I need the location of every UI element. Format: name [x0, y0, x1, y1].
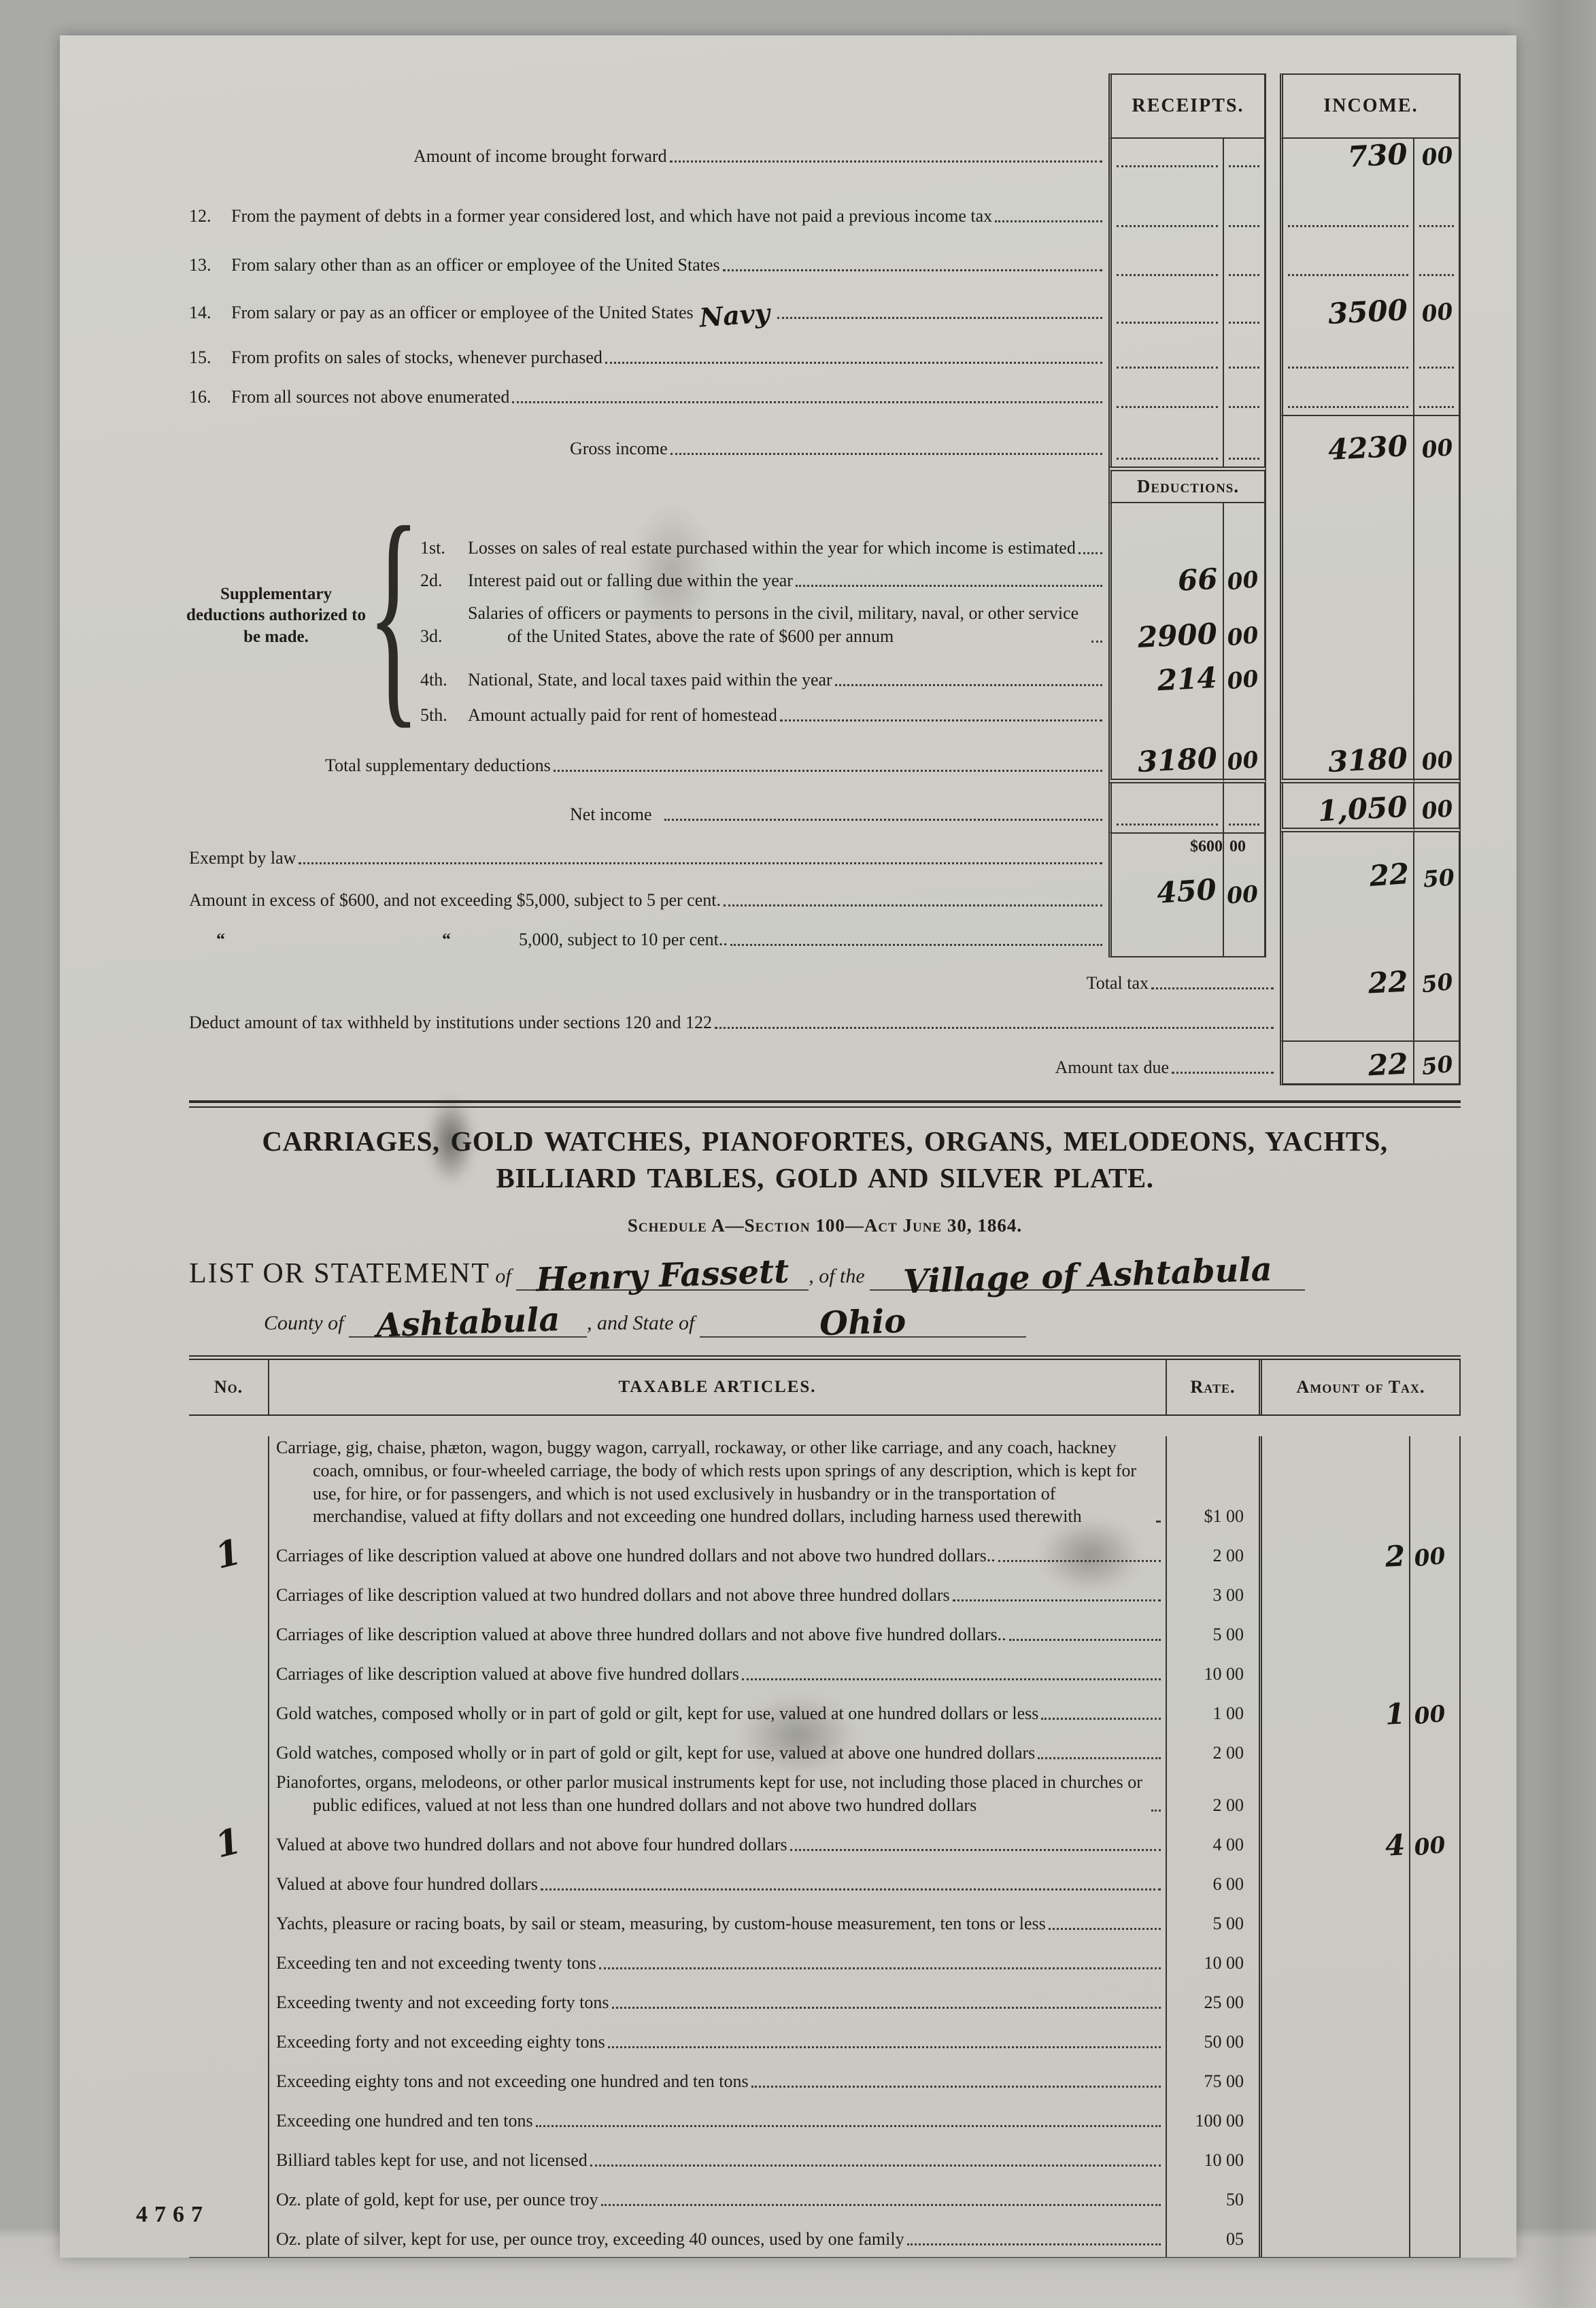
dotted-leader: [730, 943, 1102, 946]
handwritten-cents: 50: [1423, 866, 1455, 890]
row-label: Gross income: [189, 415, 1108, 466]
item-number: 3d.: [420, 625, 468, 648]
dotted-leader: [1229, 320, 1259, 324]
dotted-leader: [777, 316, 1102, 319]
receipts-dollars-cell: [1108, 783, 1224, 832]
row-text: From salary or pay as an officer or empl…: [231, 301, 694, 324]
row-text: Deduct amount of tax withheld by institu…: [189, 1011, 712, 1034]
statement-prefix: LIST OR STATEMENT: [189, 1258, 490, 1289]
column-header-row: RECEIPTS. INCOME.: [189, 73, 1461, 139]
spacer: [1266, 654, 1280, 698]
item-number: 16.: [189, 386, 231, 409]
row-label: 12. From the payment of debts in a forme…: [189, 174, 1108, 234]
article-text: Gold watches, composed wholly or in part…: [276, 1742, 1035, 1765]
amount-cents-cell: [1410, 2099, 1461, 2139]
ditto-marks: “ “: [189, 928, 478, 951]
article-cell: Carriage, gig, chaise, phæton, wagon, bu…: [269, 1436, 1166, 1534]
amount-dollars-cell: [1262, 1981, 1410, 2020]
income-dollars-cell: 730: [1280, 139, 1414, 174]
income-dollars-cell: [1280, 566, 1414, 598]
handwritten-note: Navy: [698, 300, 770, 330]
handwritten-cents: 00: [1226, 568, 1259, 594]
dotted-leader: [1419, 365, 1454, 369]
row-text: National, State, and local taxes paid wi…: [468, 668, 832, 692]
income-cents-cell: [1414, 330, 1461, 375]
rate-cell: 2 00: [1166, 1771, 1262, 1823]
county-field: Ashtabula: [349, 1302, 587, 1338]
income-form: RECEIPTS. INCOME. Amount of income broug…: [189, 73, 1461, 1085]
article-cell: Oz. plate of silver, kept for use, per o…: [269, 2218, 1166, 2257]
handwritten-amount: 1: [1385, 1699, 1406, 1729]
article-text: Pianofortes, organs, melodeons, or other…: [276, 1771, 1149, 1817]
amount-dollars-cell: [1262, 1771, 1410, 1823]
dotted-leader: [907, 2242, 1161, 2245]
income-cents-cell: [1414, 698, 1461, 733]
count-cell: [189, 1692, 269, 1731]
count-cell: [189, 1941, 269, 1981]
table-row: Billiard tables kept for use, and not li…: [189, 2139, 1461, 2178]
rate-cell: 10 00: [1166, 1941, 1262, 1981]
row-label: 13. From salary other than as an officer…: [189, 234, 1108, 283]
dotted-leader: [1288, 224, 1408, 227]
article-cell: Exceeding eighty tons and not exceeding …: [269, 2060, 1166, 2099]
amount-dollars-cell: [1262, 2139, 1410, 2178]
count-cell: 1: [189, 1823, 269, 1863]
state-field: Ohio: [700, 1302, 1026, 1338]
amount-dollars-cell: 2: [1262, 1534, 1410, 1574]
amount-cents-cell: [1410, 1436, 1461, 1534]
handwritten-amount: 450: [1156, 875, 1217, 908]
dotted-leader: [1229, 273, 1259, 276]
amount-dollars-cell: [1262, 2060, 1410, 2099]
handwritten-cents: 00: [1226, 624, 1259, 649]
count-cell: [189, 1574, 269, 1613]
income-dollars-cell: [1280, 698, 1414, 733]
article-text: Exceeding one hundred and ten tons: [276, 2109, 533, 2133]
dotted-leader: [541, 1887, 1161, 1890]
handwritten-county: Ashtabula: [375, 1303, 560, 1342]
dotted-leader: [780, 718, 1102, 722]
handwritten-cents: 00: [1226, 748, 1259, 774]
row-text: From salary other than as an officer or …: [231, 254, 720, 277]
income-dollars-cell: [1280, 654, 1414, 698]
dotted-leader: [1079, 551, 1102, 554]
table-row: Oz. plate of gold, kept for use, per oun…: [189, 2178, 1461, 2218]
receipts-cents-cell: 00: [1224, 598, 1266, 654]
count-cell: [189, 1613, 269, 1652]
income-dollars-cell: [1280, 375, 1414, 415]
supplementary-deductions-block: Supplementary deductions authorized to b…: [189, 503, 1461, 733]
spacer: [1266, 73, 1280, 139]
scanned-tax-form-1864: { "scan": { "footer_number": "4767" }, "…: [0, 0, 1596, 2308]
income-cents-cell: 00: [1414, 733, 1461, 783]
amount-dollars-cell: [1262, 2178, 1410, 2218]
rate-cell: $1 00: [1166, 1436, 1262, 1534]
amount-dollars-cell: [1262, 1652, 1410, 1692]
spacer: [1266, 174, 1280, 234]
income-dollars-cell: 22: [1280, 957, 1414, 1001]
row-label: Net income: [189, 783, 1108, 832]
page-number: 4767: [136, 2202, 209, 2228]
amount-cents-cell: [1410, 2139, 1461, 2178]
income-cents-cell: 50: [1414, 957, 1461, 1001]
article-text: Gold watches, composed wholly or in part…: [276, 1702, 1038, 1725]
deductions-header: Deductions.: [1108, 466, 1266, 503]
taxable-articles-table: No. TAXABLE ARTICLES. Rate. Amount of Ta…: [189, 1355, 1461, 2258]
amount-cents-cell: [1410, 1941, 1461, 1981]
income-cents-cell: 00: [1414, 139, 1461, 174]
income-cents-cell: [1414, 598, 1461, 654]
row-14: 14. From salary or pay as an officer or …: [189, 283, 1461, 330]
income-cents-cell: [1414, 1001, 1461, 1040]
receipts-cents-cell: [1224, 174, 1266, 234]
receipts-cents-cell: 00: [1224, 654, 1266, 698]
amount-dollars-cell: [1262, 1863, 1410, 1902]
item-number: 15.: [189, 346, 231, 369]
dotted-leader: [1288, 273, 1408, 276]
row-13: 13. From salary other than as an officer…: [189, 234, 1461, 283]
spacer: [1266, 733, 1280, 783]
count-cell: [189, 1436, 269, 1534]
spacer: [1266, 283, 1280, 330]
dotted-leader: [1038, 1756, 1161, 1759]
handwritten-amount: 66: [1176, 564, 1218, 595]
receipts-dollars-cell: 3180: [1108, 733, 1224, 783]
income-dollars-cell: [1280, 174, 1414, 234]
handwritten-amount: 3180: [1137, 744, 1218, 777]
receipts-cents-cell: [1224, 503, 1266, 566]
article-text: Exceeding forty and not exceeding eighty…: [276, 2031, 605, 2054]
receipts-dollars-cell: [1108, 503, 1224, 566]
rate-column-header: Rate.: [1166, 1360, 1262, 1414]
income-cents-cell: [1414, 375, 1461, 415]
printed-exempt-cents: 00: [1229, 836, 1246, 858]
row-label: 4th. National, State, and local taxes pa…: [189, 654, 1108, 698]
row-text: Total tax: [1087, 972, 1149, 995]
handwritten-cents: 00: [1413, 1544, 1446, 1570]
article-cell: Carriages of like description valued at …: [269, 1652, 1166, 1692]
row-label: 5th. Amount actually paid for rent of ho…: [189, 698, 1108, 733]
dotted-leader: [715, 1025, 1274, 1029]
receipts-dollars-cell: [1108, 283, 1224, 330]
handwritten-amount: 22: [1367, 1049, 1408, 1080]
amount-cents-cell: [1410, 1902, 1461, 1941]
article-text: Carriage, gig, chaise, phæton, wagon, bu…: [276, 1436, 1153, 1528]
dotted-leader: [1117, 822, 1218, 826]
dotted-leader: [1091, 639, 1102, 643]
receipts-cents-cell: [1224, 375, 1266, 415]
income-cents-cell: 00: [1414, 283, 1461, 330]
table-header-row: No. TAXABLE ARTICLES. Rate. Amount of Ta…: [189, 1355, 1461, 1416]
article-text: Yachts, pleasure or racing boats, by sai…: [276, 1912, 1046, 1935]
article-text: Carriages of like description valued at …: [276, 1663, 739, 1686]
table-row: Exceeding twenty and not exceeding forty…: [189, 1981, 1461, 2020]
spacer: [1266, 598, 1280, 654]
table-row: Exceeding one hundred and ten tons 100 0…: [189, 2099, 1461, 2139]
rate-cell: 6 00: [1166, 1863, 1262, 1902]
income-column-header: INCOME.: [1280, 73, 1461, 139]
income-cents-cell: [1414, 918, 1461, 957]
row-brought-forward: Amount of income brought forward 730 00: [189, 139, 1461, 174]
article-text: Valued at above two hundred dollars and …: [276, 1833, 787, 1856]
rate-cell: 4 00: [1166, 1823, 1262, 1863]
spacer: [1266, 832, 1280, 876]
income-cents-cell: [1414, 566, 1461, 598]
schedule-subtitle: Schedule A—Section 100—Act June 30, 1864…: [189, 1214, 1461, 1238]
dotted-leader: [1041, 1716, 1161, 1720]
amount-cents-cell: [1410, 2020, 1461, 2060]
amount-dollars-cell: 4: [1262, 1823, 1410, 1863]
receipts-dollars-cell: $600: [1108, 832, 1224, 876]
dotted-leader: [1117, 273, 1218, 276]
row-label: 14. From salary or pay as an officer or …: [189, 283, 1108, 330]
row-label: Amount in excess of $600, and not exceed…: [189, 876, 1108, 918]
count-cell: [189, 1731, 269, 1771]
dotted-leader: [1009, 1637, 1161, 1641]
dotted-leader: [512, 400, 1102, 403]
count-cell: [189, 1863, 269, 1902]
amount-cents-cell: [1410, 1863, 1461, 1902]
income-dollars-cell: 1,050: [1280, 783, 1414, 832]
handwritten-amount: 4230: [1327, 432, 1408, 464]
income-cents-cell: [1414, 174, 1461, 234]
row-label: 15. From profits on sales of stocks, whe…: [189, 330, 1108, 375]
row-text: From the payment of debts in a former ye…: [231, 205, 992, 228]
amount-dollars-cell: [1262, 1436, 1410, 1534]
amount-cents-cell: 00: [1410, 1823, 1461, 1863]
income-cents-cell: 50: [1414, 832, 1461, 876]
dotted-leader: [1229, 224, 1259, 227]
dotted-leader: [1229, 365, 1259, 369]
table-row: Gold watches, composed wholly or in part…: [189, 1692, 1461, 1731]
income-cents-cell: 00: [1414, 783, 1461, 832]
row-label: Total supplementary deductions: [189, 733, 1108, 783]
receipts-cents-cell: [1224, 330, 1266, 375]
statement-line-2: County of Ashtabula, and State of Ohio: [189, 1302, 1461, 1338]
amount-cents-cell: 00: [1410, 1692, 1461, 1731]
dotted-leader: [1151, 1808, 1161, 1812]
income-cents-cell: 50: [1414, 1040, 1461, 1085]
row-text: From all sources not above enumerated: [231, 386, 509, 409]
handwritten-amount: 2: [1385, 1542, 1406, 1571]
row-label: Amount of income brought forward: [189, 139, 1108, 174]
receipts-cents-cell: 00: [1224, 832, 1266, 876]
handwritten-place: Village of Ashtabula: [902, 1253, 1272, 1299]
table-row: Carriages of like description valued at …: [189, 1574, 1461, 1613]
row-label: 16. From all sources not above enumerate…: [189, 375, 1108, 415]
dotted-leader: [751, 2084, 1161, 2088]
dotted-leader: [1229, 456, 1259, 460]
spacer: [1266, 375, 1280, 415]
article-cell: Yachts, pleasure or racing boats, by sai…: [269, 1902, 1166, 1941]
filer-name-field: Henry Fassett: [516, 1255, 809, 1291]
receipts-dollars-cell: [1108, 918, 1224, 957]
row-text: Amount in excess of $600, and not exceed…: [189, 889, 721, 912]
row-text: Net income: [570, 803, 662, 826]
handwritten-count: 1: [212, 1823, 245, 1863]
dotted-leader: [599, 1966, 1161, 1969]
article-text: Carriages of like description valued at …: [276, 1544, 996, 1567]
dotted-leader: [1049, 1927, 1161, 1930]
dotted-leader: [1117, 164, 1218, 167]
dotted-leader: [670, 452, 1102, 455]
receipts-cents-cell: 00: [1224, 876, 1266, 918]
count-cell: [189, 1771, 269, 1823]
amount-column-header: Amount of Tax.: [1262, 1360, 1461, 1414]
row-text: Total supplementary deductions: [325, 754, 551, 777]
income-cents-cell: [1414, 234, 1461, 283]
table-row: Pianofortes, organs, melodeons, or other…: [189, 1771, 1461, 1823]
income-dollars-cell: [1280, 918, 1414, 957]
income-dollars-cell: 4230: [1280, 415, 1414, 466]
handwritten-cents: 00: [1421, 143, 1454, 169]
supplementary-label: Supplementary deductions authorized to b…: [185, 583, 367, 647]
row-16: 16. From all sources not above enumerate…: [189, 375, 1461, 415]
statement-line: LIST OR STATEMENT of Henry Fassett, of t…: [189, 1255, 1461, 1338]
dotted-leader: [742, 1677, 1161, 1680]
count-cell: [189, 1652, 269, 1692]
amount-cents-cell: 00: [1410, 1534, 1461, 1574]
table-row: Exceeding ten and not exceeding twenty t…: [189, 1941, 1461, 1981]
count-cell: [189, 1902, 269, 1941]
dotted-leader: [1117, 320, 1218, 324]
amount-dollars-cell: 1: [1262, 1692, 1410, 1731]
spacer: [1266, 415, 1280, 466]
item-number: 2d.: [420, 569, 468, 592]
table-row: Valued at above four hundred dollars 6 0…: [189, 1863, 1461, 1902]
row-label: Amount tax due: [189, 1040, 1280, 1085]
amount-cents-cell: [1410, 2218, 1461, 2257]
dotted-leader: [1229, 822, 1259, 826]
income-dollars-cell: [1280, 598, 1414, 654]
row-excess-5-percent: Amount in excess of $600, and not exceed…: [189, 876, 1461, 918]
spacer: [189, 73, 1108, 139]
dotted-leader: [1151, 986, 1274, 989]
rate-cell: 05: [1166, 2218, 1262, 2257]
handwritten-amount: 4: [1385, 1831, 1406, 1860]
receipts-cents-cell: [1224, 283, 1266, 330]
receipts-cents-cell: [1224, 918, 1266, 957]
income-dollars-cell: 3500: [1280, 283, 1414, 330]
row-net-income: Net income 1,050 00: [189, 783, 1461, 832]
income-dollars-cell: 3180: [1280, 733, 1414, 783]
article-cell: Valued at above two hundred dollars and …: [269, 1823, 1166, 1863]
dotted-leader: [605, 360, 1102, 364]
article-cell: Exceeding forty and not exceeding eighty…: [269, 2020, 1166, 2060]
article-cell: Carriages of like description valued at …: [269, 1574, 1166, 1613]
row-15: 15. From profits on sales of stocks, whe…: [189, 330, 1461, 375]
article-text: Valued at above four hundred dollars: [276, 1873, 538, 1896]
row-label: Deduct amount of tax withheld by institu…: [189, 1001, 1280, 1040]
dotted-leader: [723, 268, 1102, 271]
table-row: Oz. plate of silver, kept for use, per o…: [189, 2218, 1461, 2257]
dotted-leader: [724, 903, 1102, 906]
article-cell: Exceeding one hundred and ten tons: [269, 2099, 1166, 2139]
rate-cell: 25 00: [1166, 1981, 1262, 2020]
row-text: Amount of income brought forward: [413, 145, 667, 168]
receipts-dollars-cell: [1108, 330, 1224, 375]
income-dollars-cell: 22: [1280, 1040, 1414, 1085]
handwritten-cents: 00: [1421, 436, 1454, 462]
table-row: Carriage, gig, chaise, phæton, wagon, bu…: [189, 1416, 1461, 1534]
amount-cents-cell: [1410, 1731, 1461, 1771]
dotted-leader: [1419, 405, 1454, 408]
receipts-dollars-cell: [1108, 415, 1224, 466]
amount-dollars-cell: [1262, 2099, 1410, 2139]
rate-cell: 1 00: [1166, 1692, 1262, 1731]
receipts-dollars-cell: [1108, 139, 1224, 174]
dotted-leader: [1229, 405, 1259, 408]
amount-dollars-cell: [1262, 1613, 1410, 1652]
receipts-dollars-cell: 214: [1108, 654, 1224, 698]
amount-dollars-cell: [1262, 1902, 1410, 1941]
spacer: [1266, 698, 1280, 733]
handwritten-amount: 3180: [1327, 744, 1408, 777]
amount-cents-cell: [1410, 1981, 1461, 2020]
receipts-cents-cell: [1224, 234, 1266, 283]
dotted-leader: [1117, 405, 1218, 408]
rate-cell: 75 00: [1166, 2060, 1262, 2099]
receipts-dollars-cell: [1108, 174, 1224, 234]
article-text: Exceeding ten and not exceeding twenty t…: [276, 1952, 596, 1975]
article-cell: Carriages of like description valued at …: [269, 1534, 1166, 1574]
receipts-dollars-cell: [1108, 375, 1224, 415]
dotted-leader: [536, 2124, 1161, 2127]
article-cell: Pianofortes, organs, melodeons, or other…: [269, 1771, 1166, 1823]
printed-exempt-amount: $600: [1190, 836, 1223, 858]
spacer: [1266, 234, 1280, 283]
receipts-dollars-cell: [1108, 234, 1224, 283]
table-row: Yachts, pleasure or racing boats, by sai…: [189, 1902, 1461, 1941]
article-cell: Billiard tables kept for use, and not li…: [269, 2139, 1166, 2178]
table-row: Gold watches, composed wholly or in part…: [189, 1731, 1461, 1771]
article-text: Exceeding twenty and not exceeding forty…: [276, 1991, 609, 2014]
handwritten-cents: 00: [1421, 797, 1454, 823]
row-text: 5,000, subject to 10 per cent..: [519, 928, 728, 951]
dotted-leader: [554, 768, 1102, 772]
row-12: 12. From the payment of debts in a forme…: [189, 174, 1461, 234]
dotted-leader: [590, 2163, 1161, 2167]
receipts-cents-cell: 00: [1224, 733, 1266, 783]
handwritten-amount: 1,050: [1317, 793, 1408, 826]
income-dollars-cell: [1280, 503, 1414, 566]
income-dollars-cell: [1280, 1001, 1414, 1040]
spacer: [189, 466, 1108, 503]
handwritten-cents: 00: [1421, 300, 1454, 326]
spacer: [1266, 566, 1280, 598]
dotted-leader: [1229, 164, 1259, 167]
article-cell: Gold watches, composed wholly or in part…: [269, 1731, 1166, 1771]
table-row: 1 Carriages of like description valued a…: [189, 1534, 1461, 1574]
row-text: Interest paid out or falling due within …: [468, 569, 793, 592]
row-label: Total tax: [189, 957, 1280, 1001]
receipts-dollars-cell: 66: [1108, 566, 1224, 598]
amount-cents-cell: [1410, 1613, 1461, 1652]
dotted-leader: [670, 159, 1102, 163]
article-text: Carriages of like description valued at …: [276, 1623, 1006, 1646]
income-cents-cell: [1414, 503, 1461, 566]
articles-column-header: TAXABLE ARTICLES.: [269, 1360, 1166, 1414]
row-label: 1st. Losses on sales of real estate purc…: [189, 503, 1108, 566]
schedule-title: CARRIAGES, GOLD WATCHES, PIANOFORTES, OR…: [189, 1123, 1461, 1196]
dotted-leader: [998, 1559, 1161, 1562]
row-excess-10-percent: “ “ 5,000, subject to 10 per cent..: [189, 918, 1461, 957]
receipts-cents-cell: 00: [1224, 566, 1266, 598]
amount-dollars-cell: [1262, 1574, 1410, 1613]
table-row: Carriages of like description valued at …: [189, 1652, 1461, 1692]
income-dollars-cell: [1280, 234, 1414, 283]
article-cell: Gold watches, composed wholly or in part…: [269, 1692, 1166, 1731]
